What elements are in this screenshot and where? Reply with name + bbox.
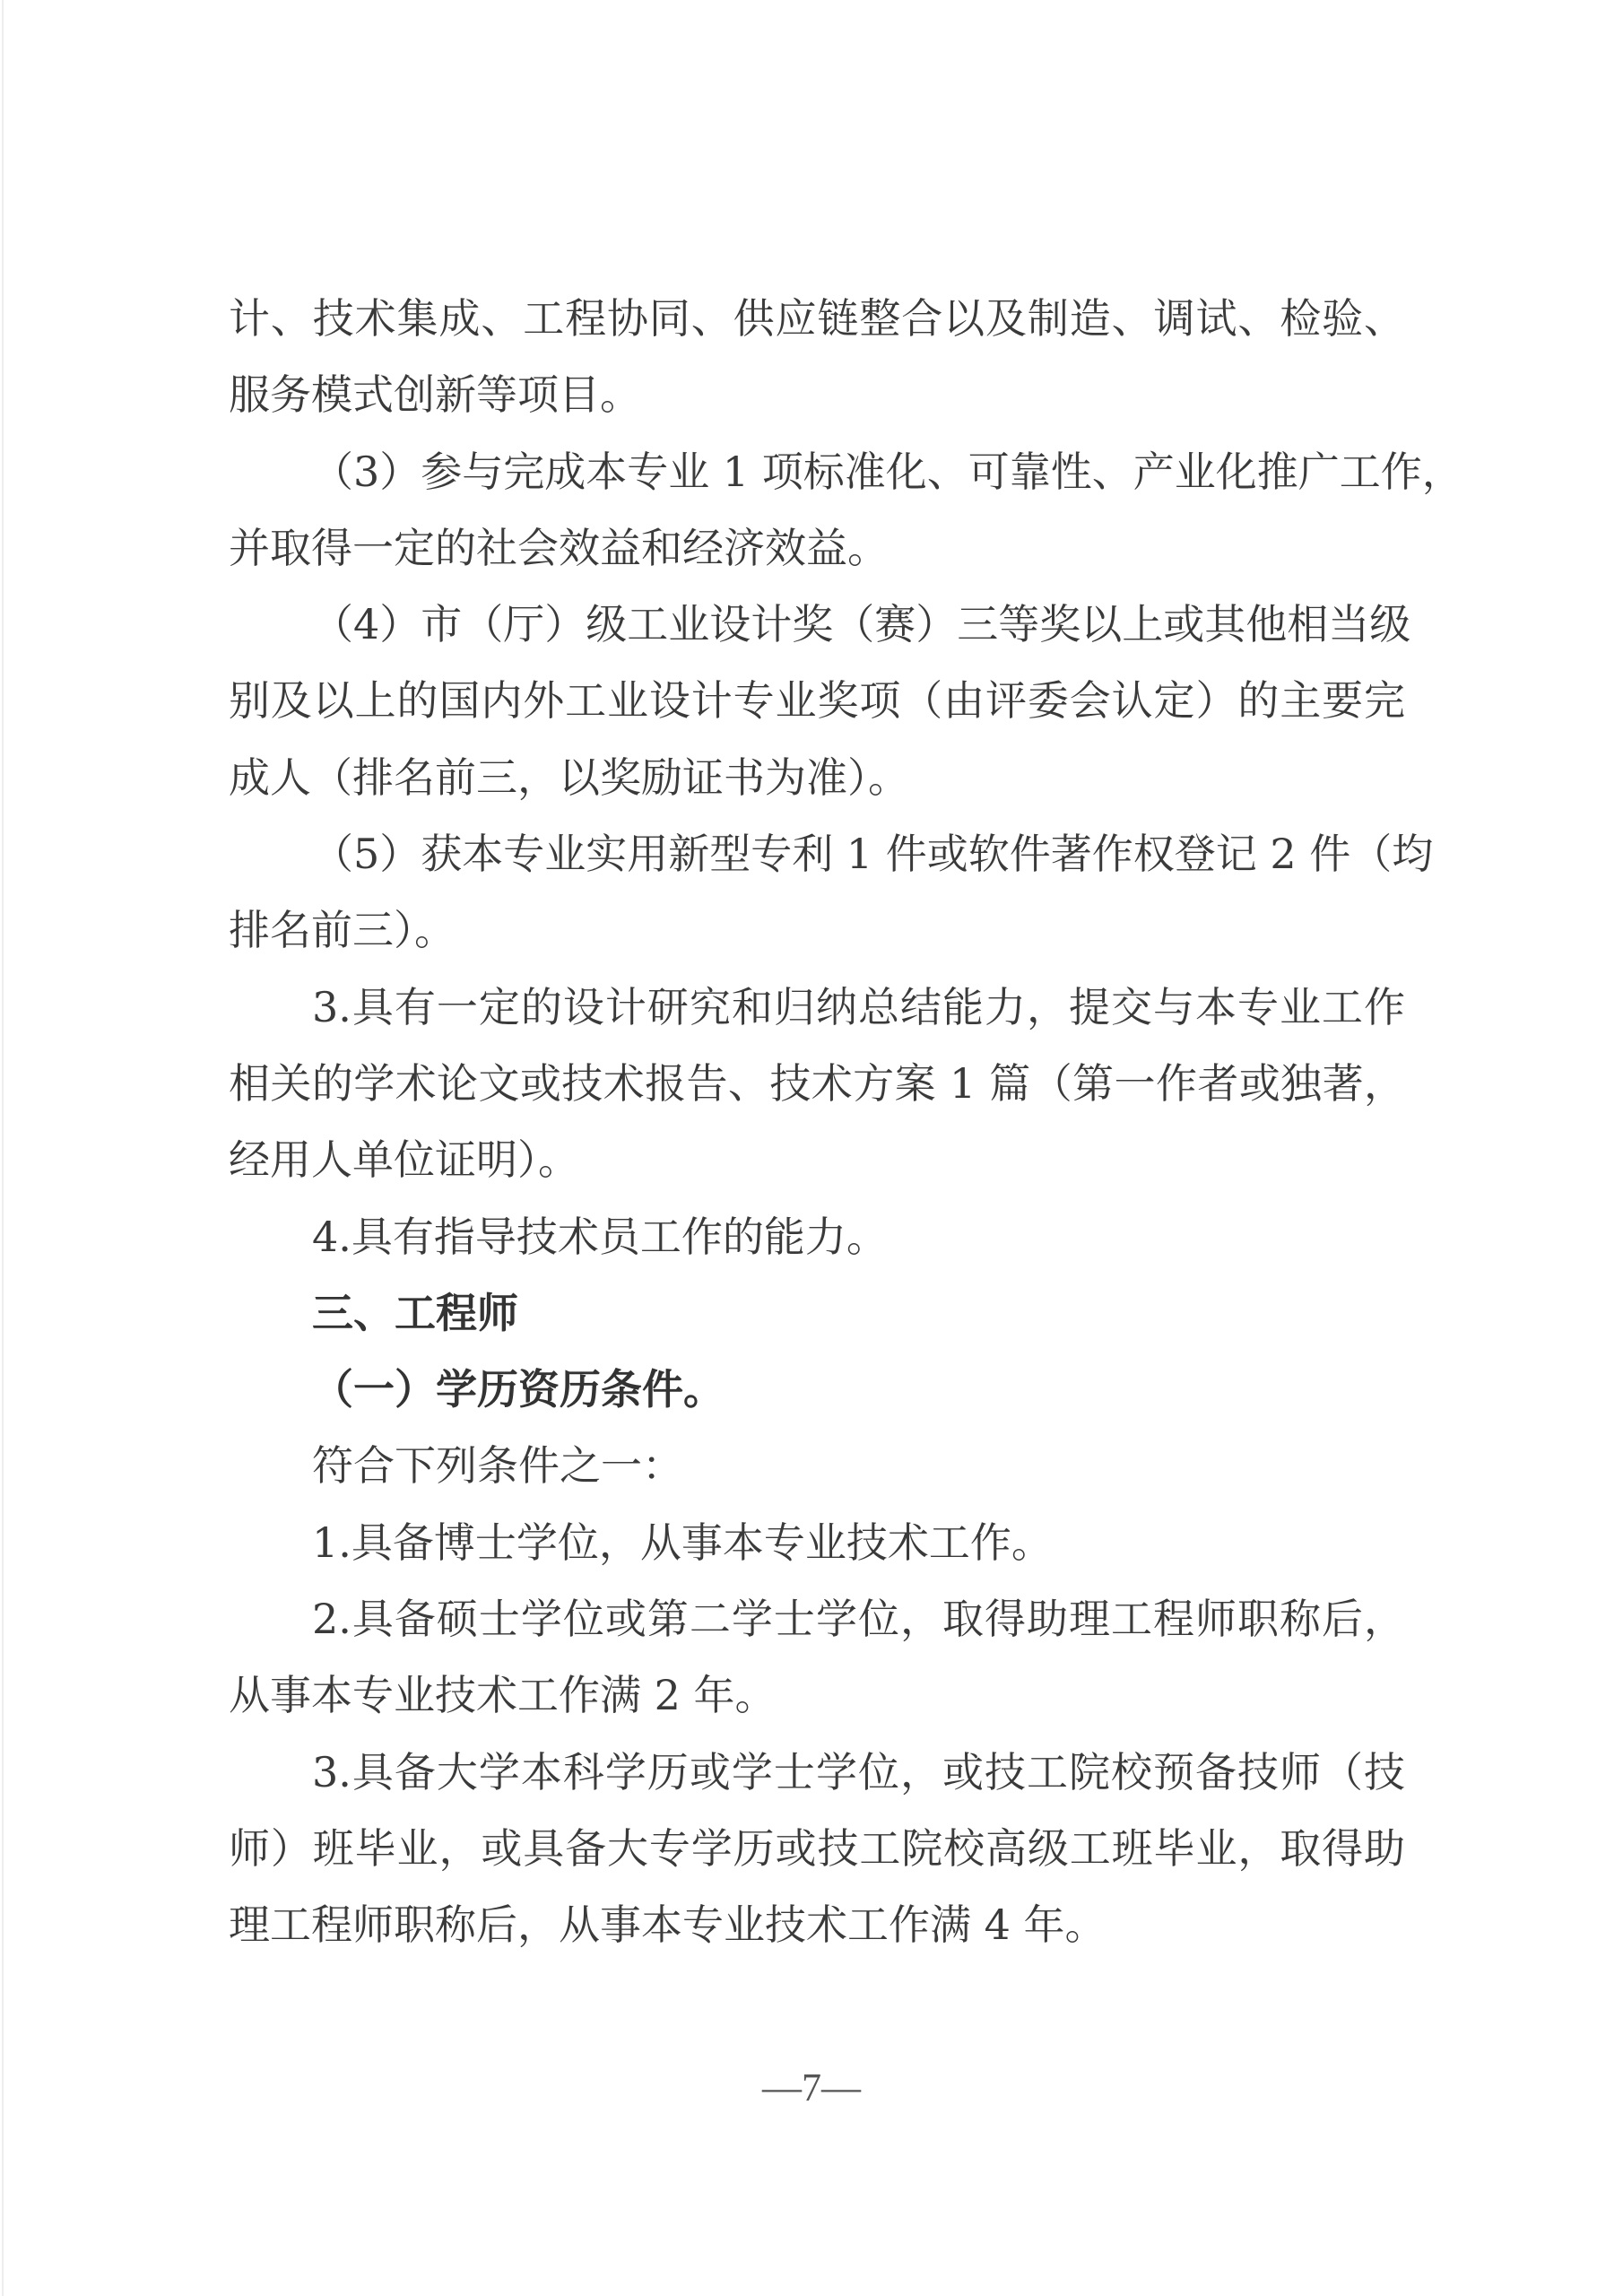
condition-3-paragraph: 3.具备大学本科学历或学士学位，或技工院校预备技师（技 <box>229 1735 1405 1811</box>
item-4-paragraph-cont: 成人（排名前三，以奖励证书为准）。 <box>229 740 1405 816</box>
continuation-line: 服务模式创新等项目。 <box>229 357 1405 433</box>
condition-3-paragraph-cont: 理工程师职称后，从事本专业技术工作满 4 年。 <box>229 1887 1405 1963</box>
requirement-3-paragraph-cont: 相关的学术论文或技术报告、技术方案 1 篇（第一作者或独著， <box>229 1046 1405 1122</box>
page-number: —7— <box>0 2063 1623 2113</box>
continuation-line: 计、技术集成、工程协同、供应链整合以及制造、调试、检验、 <box>229 281 1405 357</box>
requirement-4-paragraph: 4.具有指导技术员工作的能力。 <box>229 1199 1405 1275</box>
document-body: 计、技术集成、工程协同、供应链整合以及制造、调试、检验、 服务模式创新等项目。 … <box>229 281 1405 1964</box>
item-4-paragraph: （4）市（厅）级工业设计奖（赛）三等奖以上或其他相当级 <box>229 587 1405 663</box>
subsection-heading-qualifications: （一）学历资历条件。 <box>229 1352 1405 1428</box>
condition-2-paragraph-cont: 从事本专业技术工作满 2 年。 <box>229 1657 1405 1734</box>
requirement-3-paragraph-cont: 经用人单位证明）。 <box>229 1122 1405 1198</box>
requirement-3-paragraph: 3.具有一定的设计研究和归纳总结能力，提交与本专业工作 <box>229 970 1405 1046</box>
item-5-paragraph: （5）获本专业实用新型专利 1 件或软件著作权登记 2 件（均 <box>229 816 1405 892</box>
condition-2-paragraph: 2.具备硕士学位或第二学士学位，取得助理工程师职称后， <box>229 1581 1405 1657</box>
condition-1-paragraph: 1.具备博士学位，从事本专业技术工作。 <box>229 1505 1405 1581</box>
item-5-paragraph-cont: 排名前三）。 <box>229 892 1405 969</box>
conditions-intro: 符合下列条件之一： <box>229 1428 1405 1504</box>
section-heading-engineer: 三、工程师 <box>229 1275 1405 1352</box>
item-3-paragraph: （3）参与完成本专业 1 项标准化、可靠性、产业化推广工作， <box>229 434 1405 510</box>
item-3-paragraph-cont: 并取得一定的社会效益和经济效益。 <box>229 510 1405 587</box>
condition-3-paragraph-cont: 师）班毕业，或具备大专学历或技工院校高级工班毕业，取得助 <box>229 1811 1405 1887</box>
item-4-paragraph-cont: 别及以上的国内外工业设计专业奖项（由评委会认定）的主要完 <box>229 663 1405 739</box>
scan-edge-artifact <box>2 0 4 2296</box>
